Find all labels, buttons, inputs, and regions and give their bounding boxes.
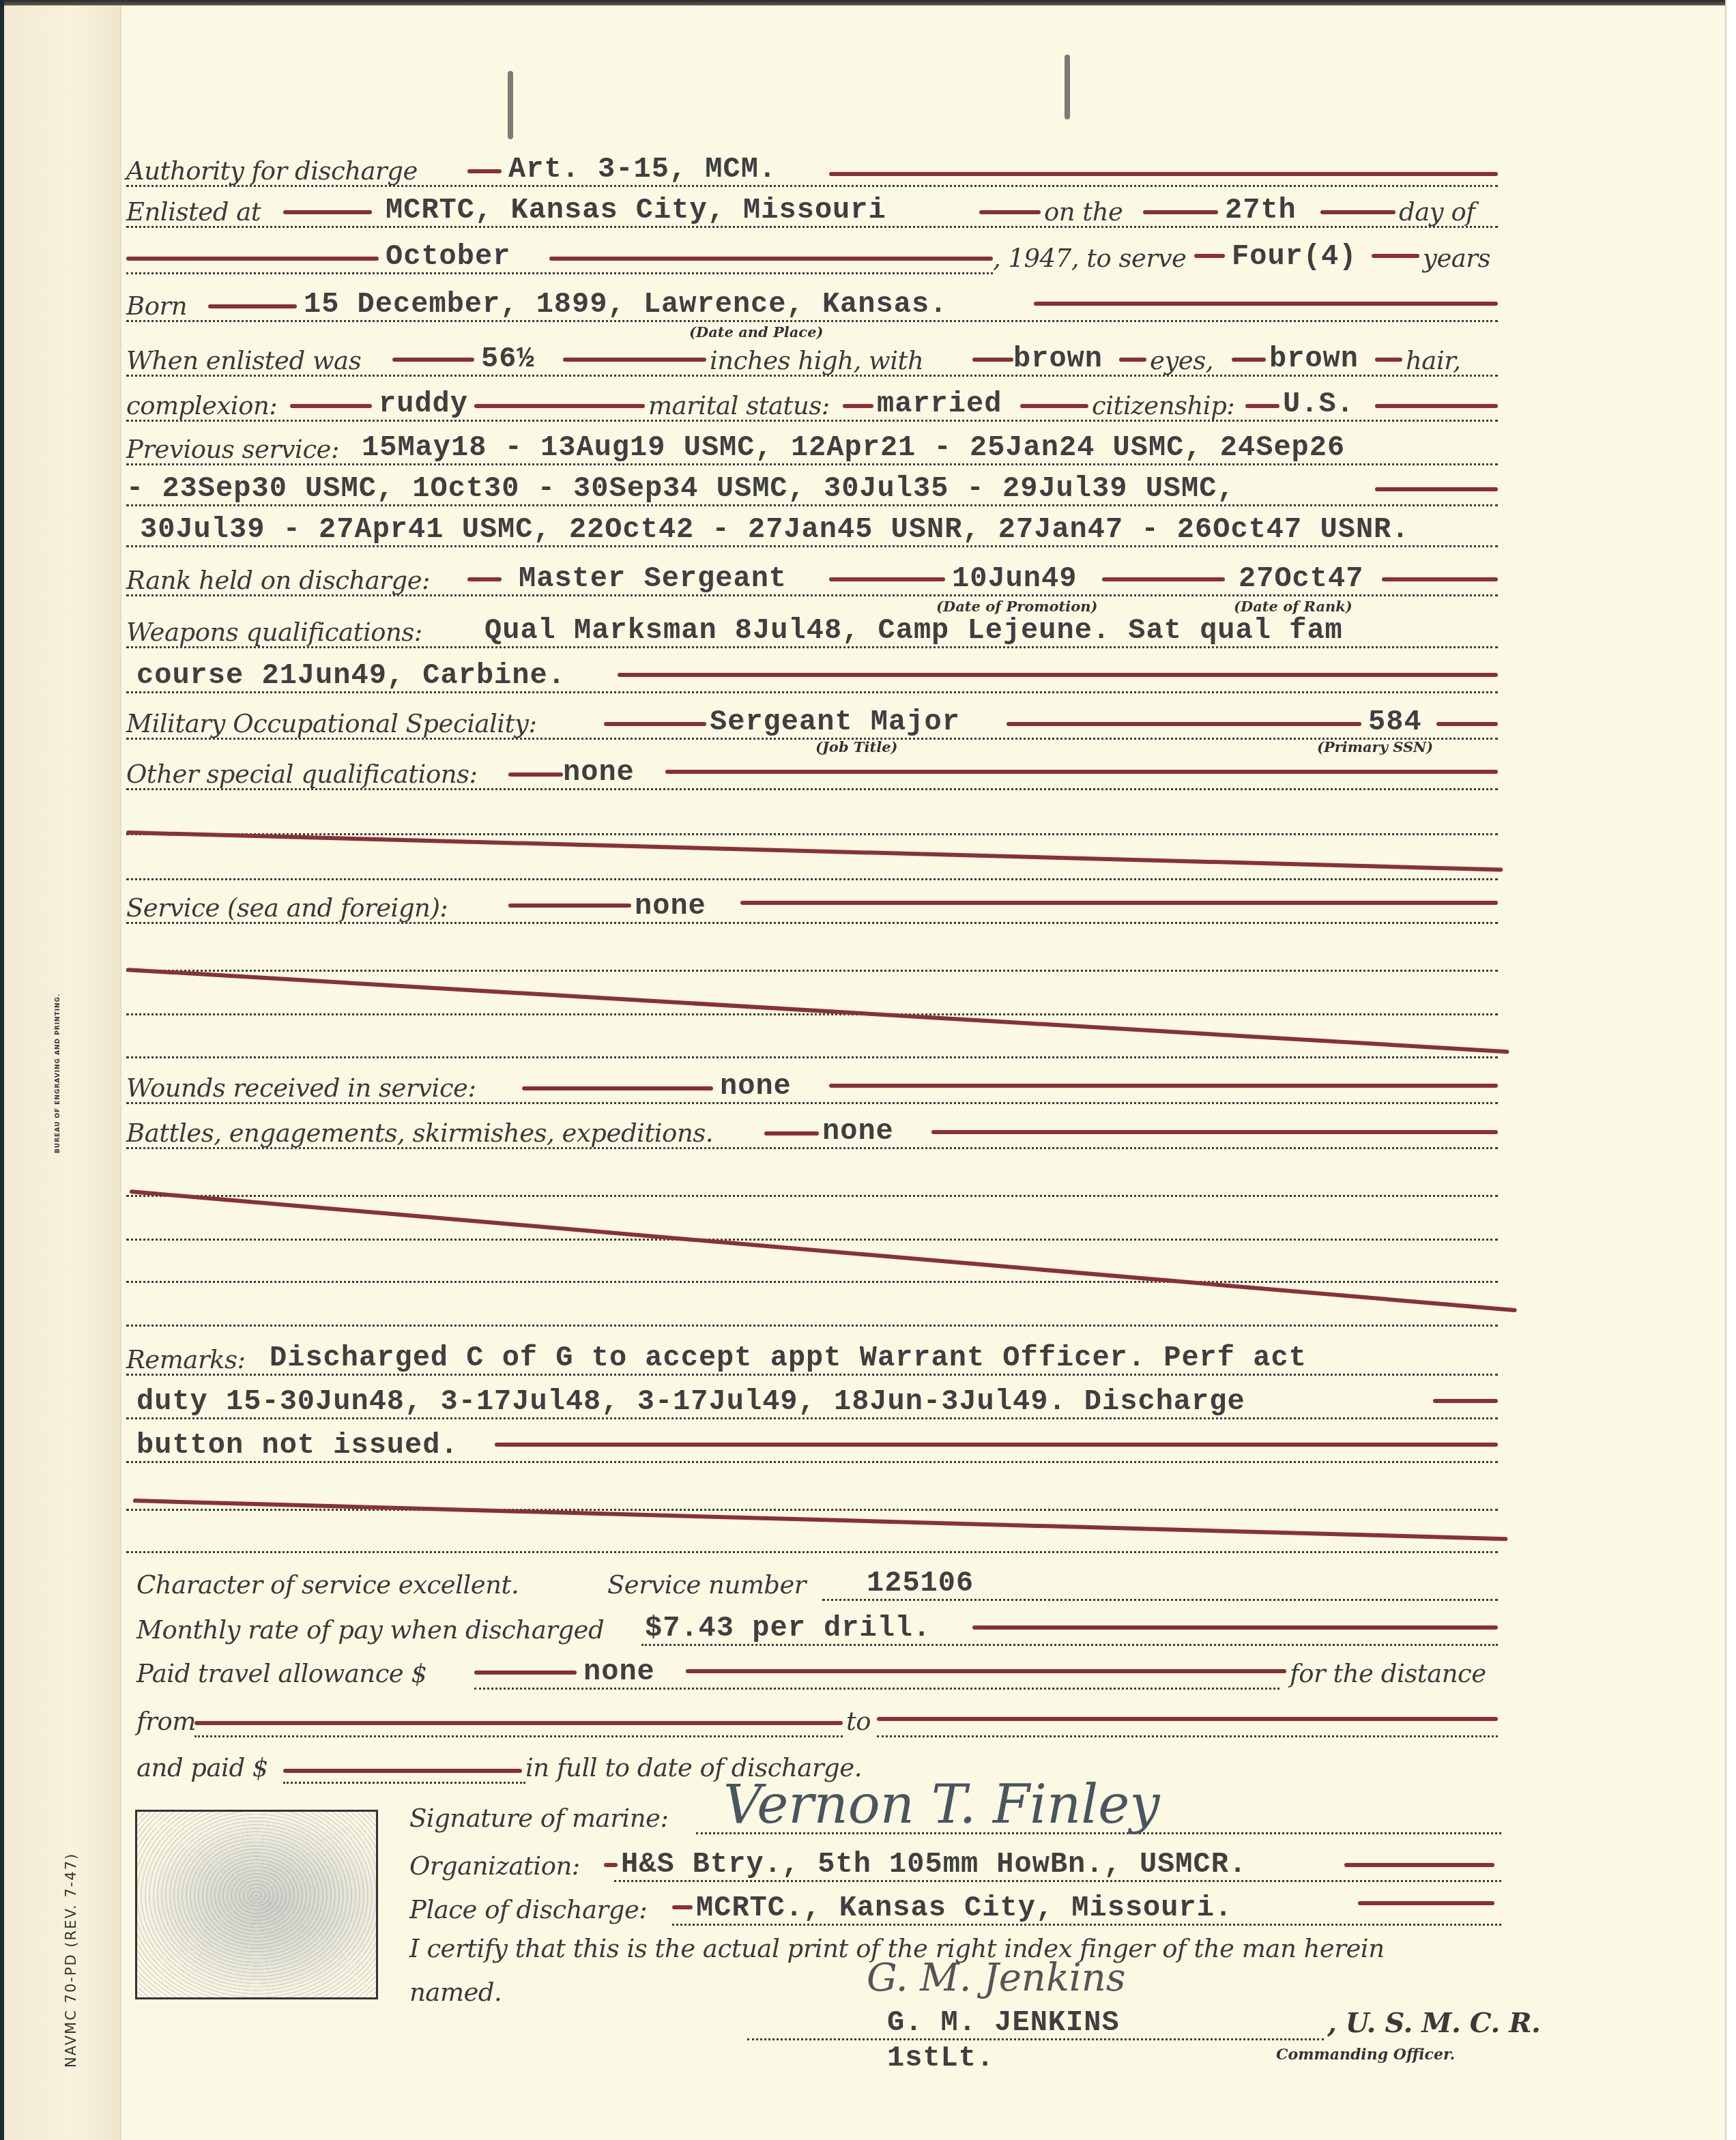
place-value: MCRTC., Kansas City, Missouri. [696,1892,1232,1924]
sea-foreign-label: Service (sea and foreign): [126,893,448,923]
enlisted-at-label: Enlisted at [126,197,261,227]
height-value: 56½ [481,343,535,375]
previous-service-line-1: 15May18 - 13Aug19 USMC, 12Apr21 - 25Jan2… [362,431,1345,464]
enlisted-day: 27th [1225,194,1297,227]
previous-service-row-3: 30Jul39 - 27Apr41 USMC, 22Oct42 - 27Jan4… [126,510,1587,551]
other-quals-row: Other special qualifications: none [126,753,1498,794]
printer-imprint: BUREAU OF ENGRAVING AND PRINTING. [55,994,61,1153]
remarks-row-2: duty 15-30Jun48, 3-17Jul48, 3-17Jul49, 1… [126,1383,1498,1423]
character-label: Character of service excellent. [136,1570,519,1600]
travel-value: none [583,1655,655,1688]
remarks-line-2: duty 15-30Jun48, 3-17Jul48, 3-17Jul49, 1… [136,1385,1245,1418]
mos-row: Military Occupational Speciality: Sergea… [126,703,1498,744]
height-label: When enlisted was [126,346,361,375]
place-label: Place of discharge: [409,1895,647,1924]
wounds-value: none [720,1070,792,1103]
day-of-label: day of [1399,197,1475,227]
form-number: NAVMC 70-PD (REV. 7-47) [63,1853,79,2068]
scan-right-edge [1725,0,1736,2140]
citizenship-label: citizenship: [1092,391,1234,420]
wounds-row: Wounds received in service: none [126,1067,1498,1108]
weapons-label: Weapons qualifications: [126,618,422,647]
enlistment-term: Four(4) [1232,240,1357,273]
rank-row: Rank held on discharge: Master Sergeant … [126,560,1498,601]
pay-row: Monthly rate of pay when discharged $7.4… [126,1609,1498,1650]
rank-value: Master Sergeant [519,562,787,595]
from-label: from [136,1707,196,1736]
blank-line [126,1246,1498,1287]
remarks-line-1: Discharged C of G to accept appt Warrant… [270,1342,1307,1374]
weapons-line-1: Qual Marksman 8Jul48, Camp Lejeune. Sat … [484,614,1343,647]
born-value: 15 December, 1899, Lawrence, Kansas. [304,288,947,321]
blank-line [126,935,1498,976]
rank-label: Rank held on discharge: [126,566,430,595]
on-the-label: on the [1044,197,1123,227]
scan-left-edge [0,0,4,2140]
to-label: to [846,1707,871,1736]
citizenship-value: U.S. [1283,388,1355,420]
previous-service-row-1: Previous service: 15May18 - 13Aug19 USMC… [126,429,1498,469]
enlisted-year-label: , 1947, to serve [993,244,1186,273]
weapons-line-2: course 21Jun49, Carbine. [136,659,566,692]
character-row: Character of service excellent. Service … [126,1564,1498,1605]
blank-line [126,798,1498,839]
organization-label: Organization: [409,1851,580,1881]
weapons-row-2: course 21Jun49, Carbine. [126,656,1498,697]
enlisted-row: Enlisted at MCRTC, Kansas City, Missouri… [126,191,1498,232]
weapons-row-1: Weapons qualifications: Qual Marksman 8J… [126,611,1498,652]
battles-value: none [822,1115,894,1148]
pay-label: Monthly rate of pay when discharged [136,1615,604,1645]
pay-value: $7.43 per drill. [645,1612,931,1645]
officer-name: G. M. JENKINS [887,2006,1120,2039]
blank-line [126,979,1498,1020]
remarks-line-3: button not issued. [136,1429,459,1462]
authority-row: Authority for discharge Art. 3-15, MCM. [126,150,1498,191]
officer-rank: 1stLt. [887,2042,994,2074]
eyes-label: eyes, [1150,346,1213,375]
other-quals-label: Other special qualifications: [126,760,477,789]
previous-service-row-2: - 23Sep30 USMC, 1Oct30 - 30Sep34 USMC, 3… [126,469,1498,510]
officer-signature: G. M. Jenkins [867,1956,1126,2000]
enlisted-at-value: MCRTC, Kansas City, Missouri [386,194,886,227]
physical-row: When enlisted was 56½ inches high, with … [126,340,1498,381]
promotion-date: 10Jun49 [952,562,1077,595]
enlisted-month-row: October , 1947, to serve Four(4) years [126,237,1498,278]
staple-mark-left [508,71,513,139]
marital-value: married [877,388,1002,420]
marital-label: marital status: [648,391,830,420]
distance-label: for the distance [1290,1659,1486,1688]
certification-line-2: named. [409,1978,502,2135]
sea-foreign-value: none [635,890,706,923]
signature-label: Signature of marine: [409,1804,668,1833]
complexion-label: complexion: [126,391,277,420]
blank-line [126,1474,1498,1515]
authority-value: Art. 3-15, MCM. [508,153,777,186]
service-number-label: Service number [607,1570,806,1600]
other-quals-value: none [563,756,635,789]
mos-label: Military Occupational Speciality: [126,709,536,738]
sea-foreign-row: Service (sea and foreign): none [126,887,1498,928]
mos-ssn: 584 [1368,706,1422,738]
service-number: 125106 [867,1567,974,1600]
complexion-value: ruddy [379,388,468,420]
previous-service-line-2: - 23Sep30 USMC, 1Oct30 - 30Sep34 USMC, 3… [126,472,1235,505]
blank-line [126,1516,1498,1557]
inches-label: inches high, with [710,346,923,375]
travel-row: Paid travel allowance $ none for the dis… [126,1653,1498,1694]
remarks-label: Remarks: [126,1345,245,1374]
organization-value: H&S Btry., 5th 105mm HowBn., USMCR. [621,1848,1247,1881]
born-caption: (Date and Place) [689,323,823,341]
fingerprint-box [135,1810,378,1999]
eye-color: brown [1013,343,1103,375]
born-row: Born 15 December, 1899, Lawrence, Kansas… [126,285,1498,326]
organization-row: Organization: H&S Btry., 5th 105mm HowBn… [409,1845,1501,1886]
officer-row: G. M. JENKINS , U. S. M. C. R. [747,2004,1559,2044]
rank-date: 27Oct47 [1239,562,1363,595]
blank-line [126,1160,1498,1201]
battles-row: Battles, engagements, skirmishes, expedi… [126,1112,1498,1153]
blank-line [126,1290,1498,1331]
officer-title: Commanding Officer. [1276,2046,1455,2064]
remarks-row-3: button not issued. [126,1426,1498,1467]
paid-label: and paid $ [136,1753,268,1782]
place-row: Place of discharge: MCRTC., Kansas City,… [409,1889,1501,1930]
born-label: Born [126,291,187,321]
marine-signature: Vernon T. Finley [723,1774,1159,1836]
previous-service-line-3: 30Jul39 - 27Apr41 USMC, 22Oct42 - 27Jan4… [140,513,1410,546]
mos-job-title: Sergeant Major [710,706,960,738]
battles-label: Battles, engagements, skirmishes, expedi… [126,1118,713,1148]
binding-margin [4,5,121,2140]
remarks-row-1: Remarks: Discharged C of G to accept app… [126,1339,1498,1380]
staple-mark-right [1065,55,1070,119]
blank-line [126,1022,1498,1062]
hair-label: hair, [1406,346,1461,375]
previous-service-label: Previous service: [126,435,339,464]
complexion-row: complexion: ruddy marital status: marrie… [126,385,1498,426]
enlisted-month: October [386,240,510,273]
hair-color: brown [1269,343,1359,375]
years-label: years [1423,244,1490,273]
officer-branch: , U. S. M. C. R. [1327,2007,1541,2039]
travel-label: Paid travel allowance $ [136,1659,427,1688]
authority-label: Authority for discharge [126,156,418,186]
from-to-row: from to [126,1701,1498,1741]
wounds-label: Wounds received in service: [126,1073,476,1103]
